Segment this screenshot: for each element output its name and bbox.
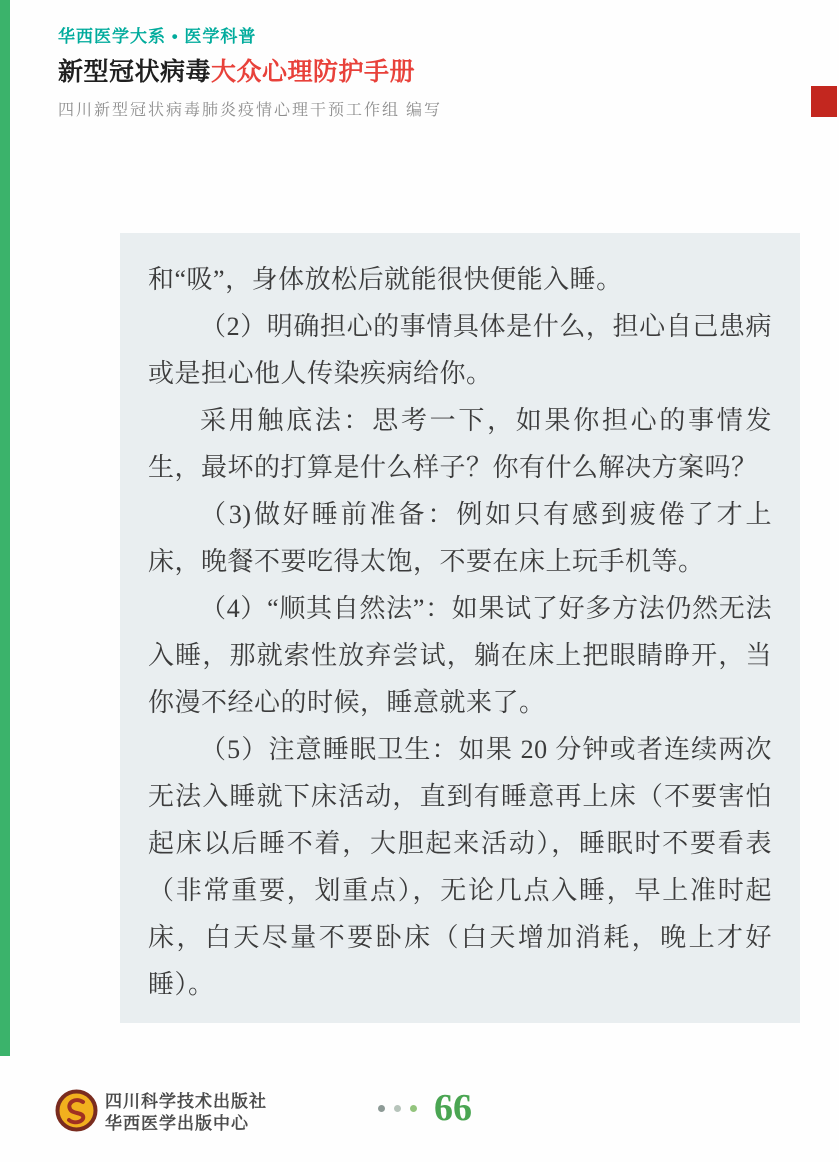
publisher-logo-icon — [55, 1089, 98, 1132]
page-number: 66 — [434, 1086, 472, 1130]
book-page: 华西医学大系 • 医学科普 新型冠状病毒大众心理防护手册 四川新型冠状病毒肺炎疫… — [0, 0, 839, 1162]
corner-red-marker — [811, 86, 837, 117]
paragraph: 和“吸”，身体放松后就能很快便能入睡。 — [148, 256, 772, 303]
book-title: 新型冠状病毒大众心理防护手册 — [58, 52, 442, 88]
publisher-line-1: 四川科学技术出版社 — [105, 1091, 267, 1113]
paragraph: （5）注意睡眠卫生：如果 20 分钟或者连续两次无法入睡就下床活动，直到有睡意再… — [148, 726, 772, 1008]
publisher-name: 四川科学技术出版社 华西医学出版中心 — [105, 1091, 267, 1135]
book-title-dark: 新型冠状病毒 — [58, 58, 211, 86]
publisher-line-2: 华西医学出版中心 — [105, 1113, 267, 1135]
page-footer-pager: 66 — [378, 1086, 472, 1130]
left-edge-strip — [0, 0, 10, 1056]
paragraph: （3)做好睡前准备：例如只有感到疲倦了才上床，晚餐不要吃得太饱，不要在床上玩手机… — [148, 491, 772, 585]
pager-dot-icon — [378, 1105, 385, 1112]
paragraph: （4）“顺其自然法”：如果试了好多方法仍然无法入睡，那就索性放弃尝试，躺在床上把… — [148, 585, 772, 726]
byline: 四川新型冠状病毒肺炎疫情心理干预工作组 编写 — [58, 97, 442, 120]
series-label: 华西医学大系 • 医学科普 — [58, 22, 442, 47]
body-text-panel: 和“吸”，身体放松后就能很快便能入睡。 （2）明确担心的事情具体是什么，担心自己… — [120, 233, 800, 1023]
pager-dot-icon — [410, 1105, 417, 1112]
page-header: 华西医学大系 • 医学科普 新型冠状病毒大众心理防护手册 四川新型冠状病毒肺炎疫… — [58, 22, 442, 120]
paragraph: 采用触底法：思考一下，如果你担心的事情发生，最坏的打算是什么样子？你有什么解决方… — [148, 397, 772, 491]
paragraph: （2）明确担心的事情具体是什么，担心自己患病或是担心他人传染疾病给你。 — [148, 303, 772, 397]
pager-dot-icon — [394, 1105, 401, 1112]
book-title-red: 大众心理防护手册 — [211, 58, 415, 86]
